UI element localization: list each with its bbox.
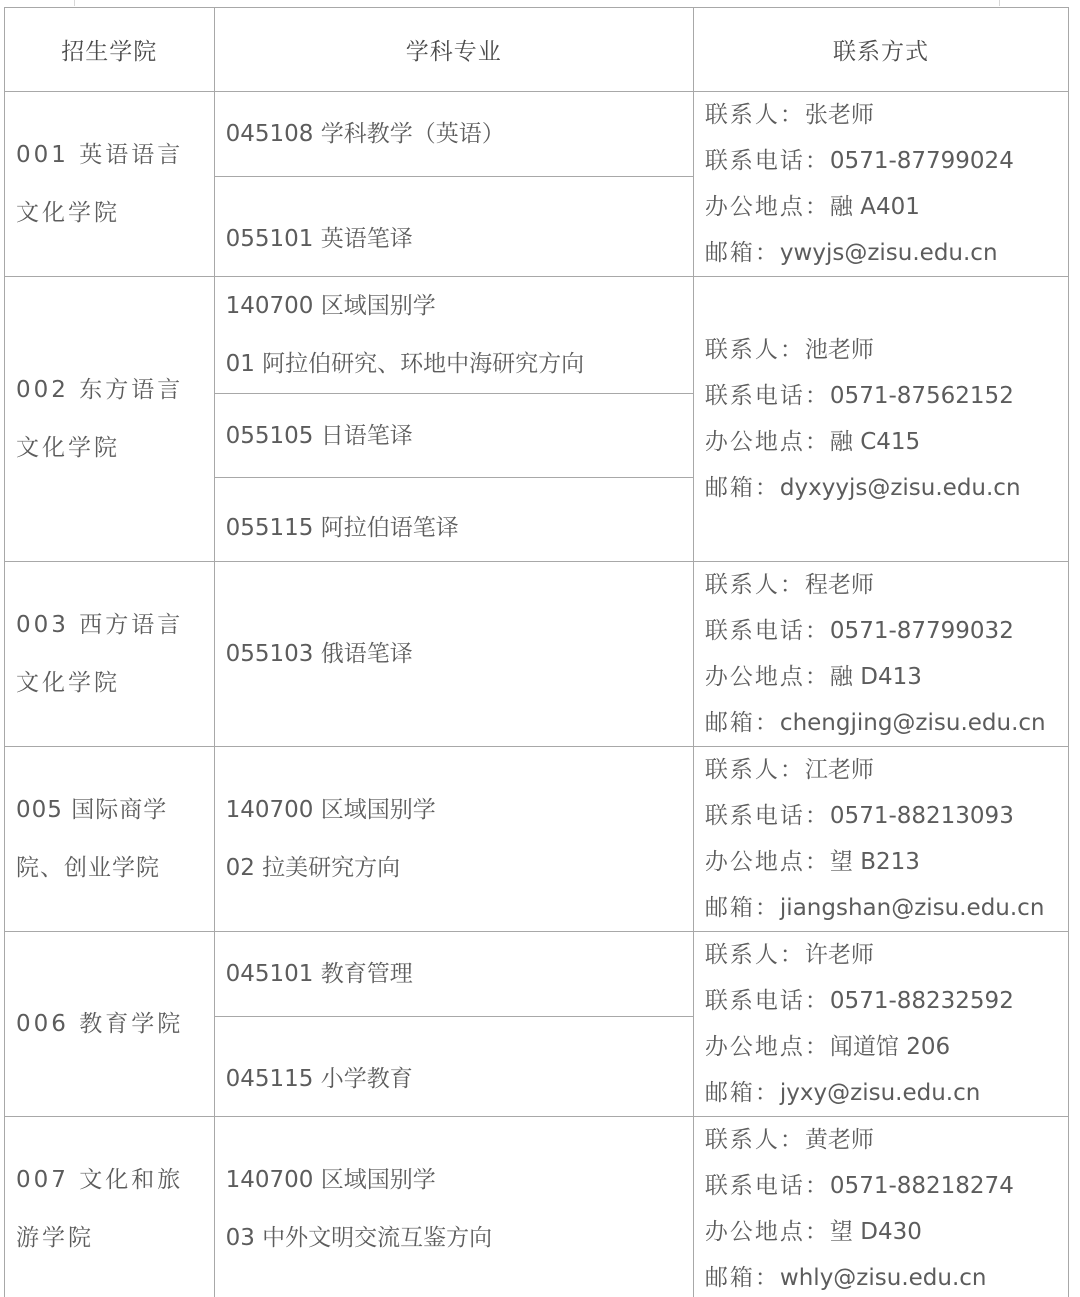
college-cell: 007 文化和旅游学院 (5, 1117, 215, 1297)
major-direction: 03 中外文明交流互鉴方向 (226, 1209, 682, 1267)
contact-office: 办公地点：望 B213 (705, 839, 1057, 885)
contact-office: 办公地点：融 C415 (705, 419, 1057, 465)
contact-cell: 联系人：程老师 联系电话：0571-87799032 办公地点：融 D413 邮… (693, 562, 1068, 747)
major-cell: 055103 俄语笔译 (214, 562, 693, 747)
major-cell: 045101 教育管理 (214, 932, 693, 1017)
table-row: 005 国际商学院、创业学院 140700 区域国别学 02 拉美研究方向 联系… (5, 747, 1069, 932)
contact-person: 联系人：程老师 (705, 562, 1057, 608)
contact-person: 联系人：黄老师 (705, 1117, 1057, 1163)
major-text: 055103 俄语笔译 (226, 625, 682, 683)
header-contact: 联系方式 (693, 8, 1068, 92)
college-cell: 002 东方语言文化学院 (5, 277, 215, 562)
table-row: 001 英语语言文化学院 045108 学科教学（英语） 联系人：张老师 联系电… (5, 92, 1069, 177)
major-direction: 02 拉美研究方向 (226, 839, 682, 897)
college-cell: 003 西方语言文化学院 (5, 562, 215, 747)
contact-office: 办公地点：融 A401 (705, 184, 1057, 230)
major-cell: 055115 阿拉伯语笔译 (214, 478, 693, 562)
table-row: 006 教育学院 045101 教育管理 联系人：许老师 联系电话：0571-8… (5, 932, 1069, 1017)
contact-cell: 联系人：许老师 联系电话：0571-88232592 办公地点：闻道馆 206 … (693, 932, 1068, 1117)
admissions-contact-table: 招生学院 学科专业 联系方式 001 英语语言文化学院 045108 学科教学（… (4, 7, 1069, 1297)
table-row: 003 西方语言文化学院 055103 俄语笔译 联系人：程老师 联系电话：05… (5, 562, 1069, 747)
major-text: 055115 阿拉伯语笔译 (226, 499, 682, 557)
major-cell: 055105 日语笔译 (214, 394, 693, 478)
contact-phone: 联系电话：0571-87799024 (705, 138, 1057, 184)
contact-phone: 联系电话：0571-88218274 (705, 1163, 1057, 1209)
major-text: 140700 区域国别学 (226, 1151, 682, 1209)
contact-phone: 联系电话：0571-88232592 (705, 978, 1057, 1024)
contact-cell: 联系人：江老师 联系电话：0571-88213093 办公地点：望 B213 邮… (693, 747, 1068, 932)
contact-office: 办公地点：融 D413 (705, 654, 1057, 700)
contact-person: 联系人：张老师 (705, 92, 1057, 138)
major-text: 055101 英语笔译 (226, 210, 682, 268)
major-cell: 140700 区域国别学 02 拉美研究方向 (214, 747, 693, 932)
contact-person: 联系人：池老师 (705, 327, 1057, 373)
contact-person: 联系人：江老师 (705, 747, 1057, 793)
contact-email: 邮箱：dyxyyjs@zisu.edu.cn (705, 465, 1057, 511)
major-text: 055105 日语笔译 (226, 407, 682, 465)
major-text: 140700 区域国别学 (226, 781, 682, 839)
major-cell: 140700 区域国别学 01 阿拉伯研究、环地中海研究方向 (214, 277, 693, 394)
college-cell: 006 教育学院 (5, 932, 215, 1117)
contact-cell: 联系人：池老师 联系电话：0571-87562152 办公地点：融 C415 邮… (693, 277, 1068, 562)
contact-phone: 联系电话：0571-87562152 (705, 373, 1057, 419)
table-header-row: 招生学院 学科专业 联系方式 (5, 8, 1069, 92)
contact-office: 办公地点：闻道馆 206 (705, 1024, 1057, 1070)
contact-email: 邮箱：whly@zisu.edu.cn (705, 1255, 1057, 1297)
major-direction: 01 阿拉伯研究、环地中海研究方向 (226, 335, 682, 393)
contact-email: 邮箱：jiangshan@zisu.edu.cn (705, 885, 1057, 931)
header-major: 学科专业 (214, 8, 693, 92)
major-text: 045108 学科教学（英语） (226, 105, 682, 163)
college-cell: 005 国际商学院、创业学院 (5, 747, 215, 932)
major-text: 045101 教育管理 (226, 945, 682, 1003)
major-cell: 045115 小学教育 (214, 1017, 693, 1117)
contact-phone: 联系电话：0571-88213093 (705, 793, 1057, 839)
contact-cell: 联系人：黄老师 联系电话：0571-88218274 办公地点：望 D430 邮… (693, 1117, 1068, 1297)
table-row: 002 东方语言文化学院 140700 区域国别学 01 阿拉伯研究、环地中海研… (5, 277, 1069, 394)
contact-email: 邮箱：jyxy@zisu.edu.cn (705, 1070, 1057, 1116)
major-cell: 140700 区域国别学 03 中外文明交流互鉴方向 (214, 1117, 693, 1297)
contact-email: 邮箱：ywyjs@zisu.edu.cn (705, 230, 1057, 276)
contact-phone: 联系电话：0571-87799032 (705, 608, 1057, 654)
contact-cell: 联系人：张老师 联系电话：0571-87799024 办公地点：融 A401 邮… (693, 92, 1068, 277)
contact-email: 邮箱：chengjing@zisu.edu.cn (705, 700, 1057, 746)
major-cell: 055101 英语笔译 (214, 177, 693, 277)
college-cell: 001 英语语言文化学院 (5, 92, 215, 277)
contact-office: 办公地点：望 D430 (705, 1209, 1057, 1255)
table-row: 007 文化和旅游学院 140700 区域国别学 03 中外文明交流互鉴方向 联… (5, 1117, 1069, 1297)
major-cell: 045108 学科教学（英语） (214, 92, 693, 177)
major-text: 045115 小学教育 (226, 1050, 682, 1108)
contact-person: 联系人：许老师 (705, 932, 1057, 978)
top-edge-decoration (74, 0, 1000, 6)
header-college: 招生学院 (5, 8, 215, 92)
major-text: 140700 区域国别学 (226, 277, 682, 335)
